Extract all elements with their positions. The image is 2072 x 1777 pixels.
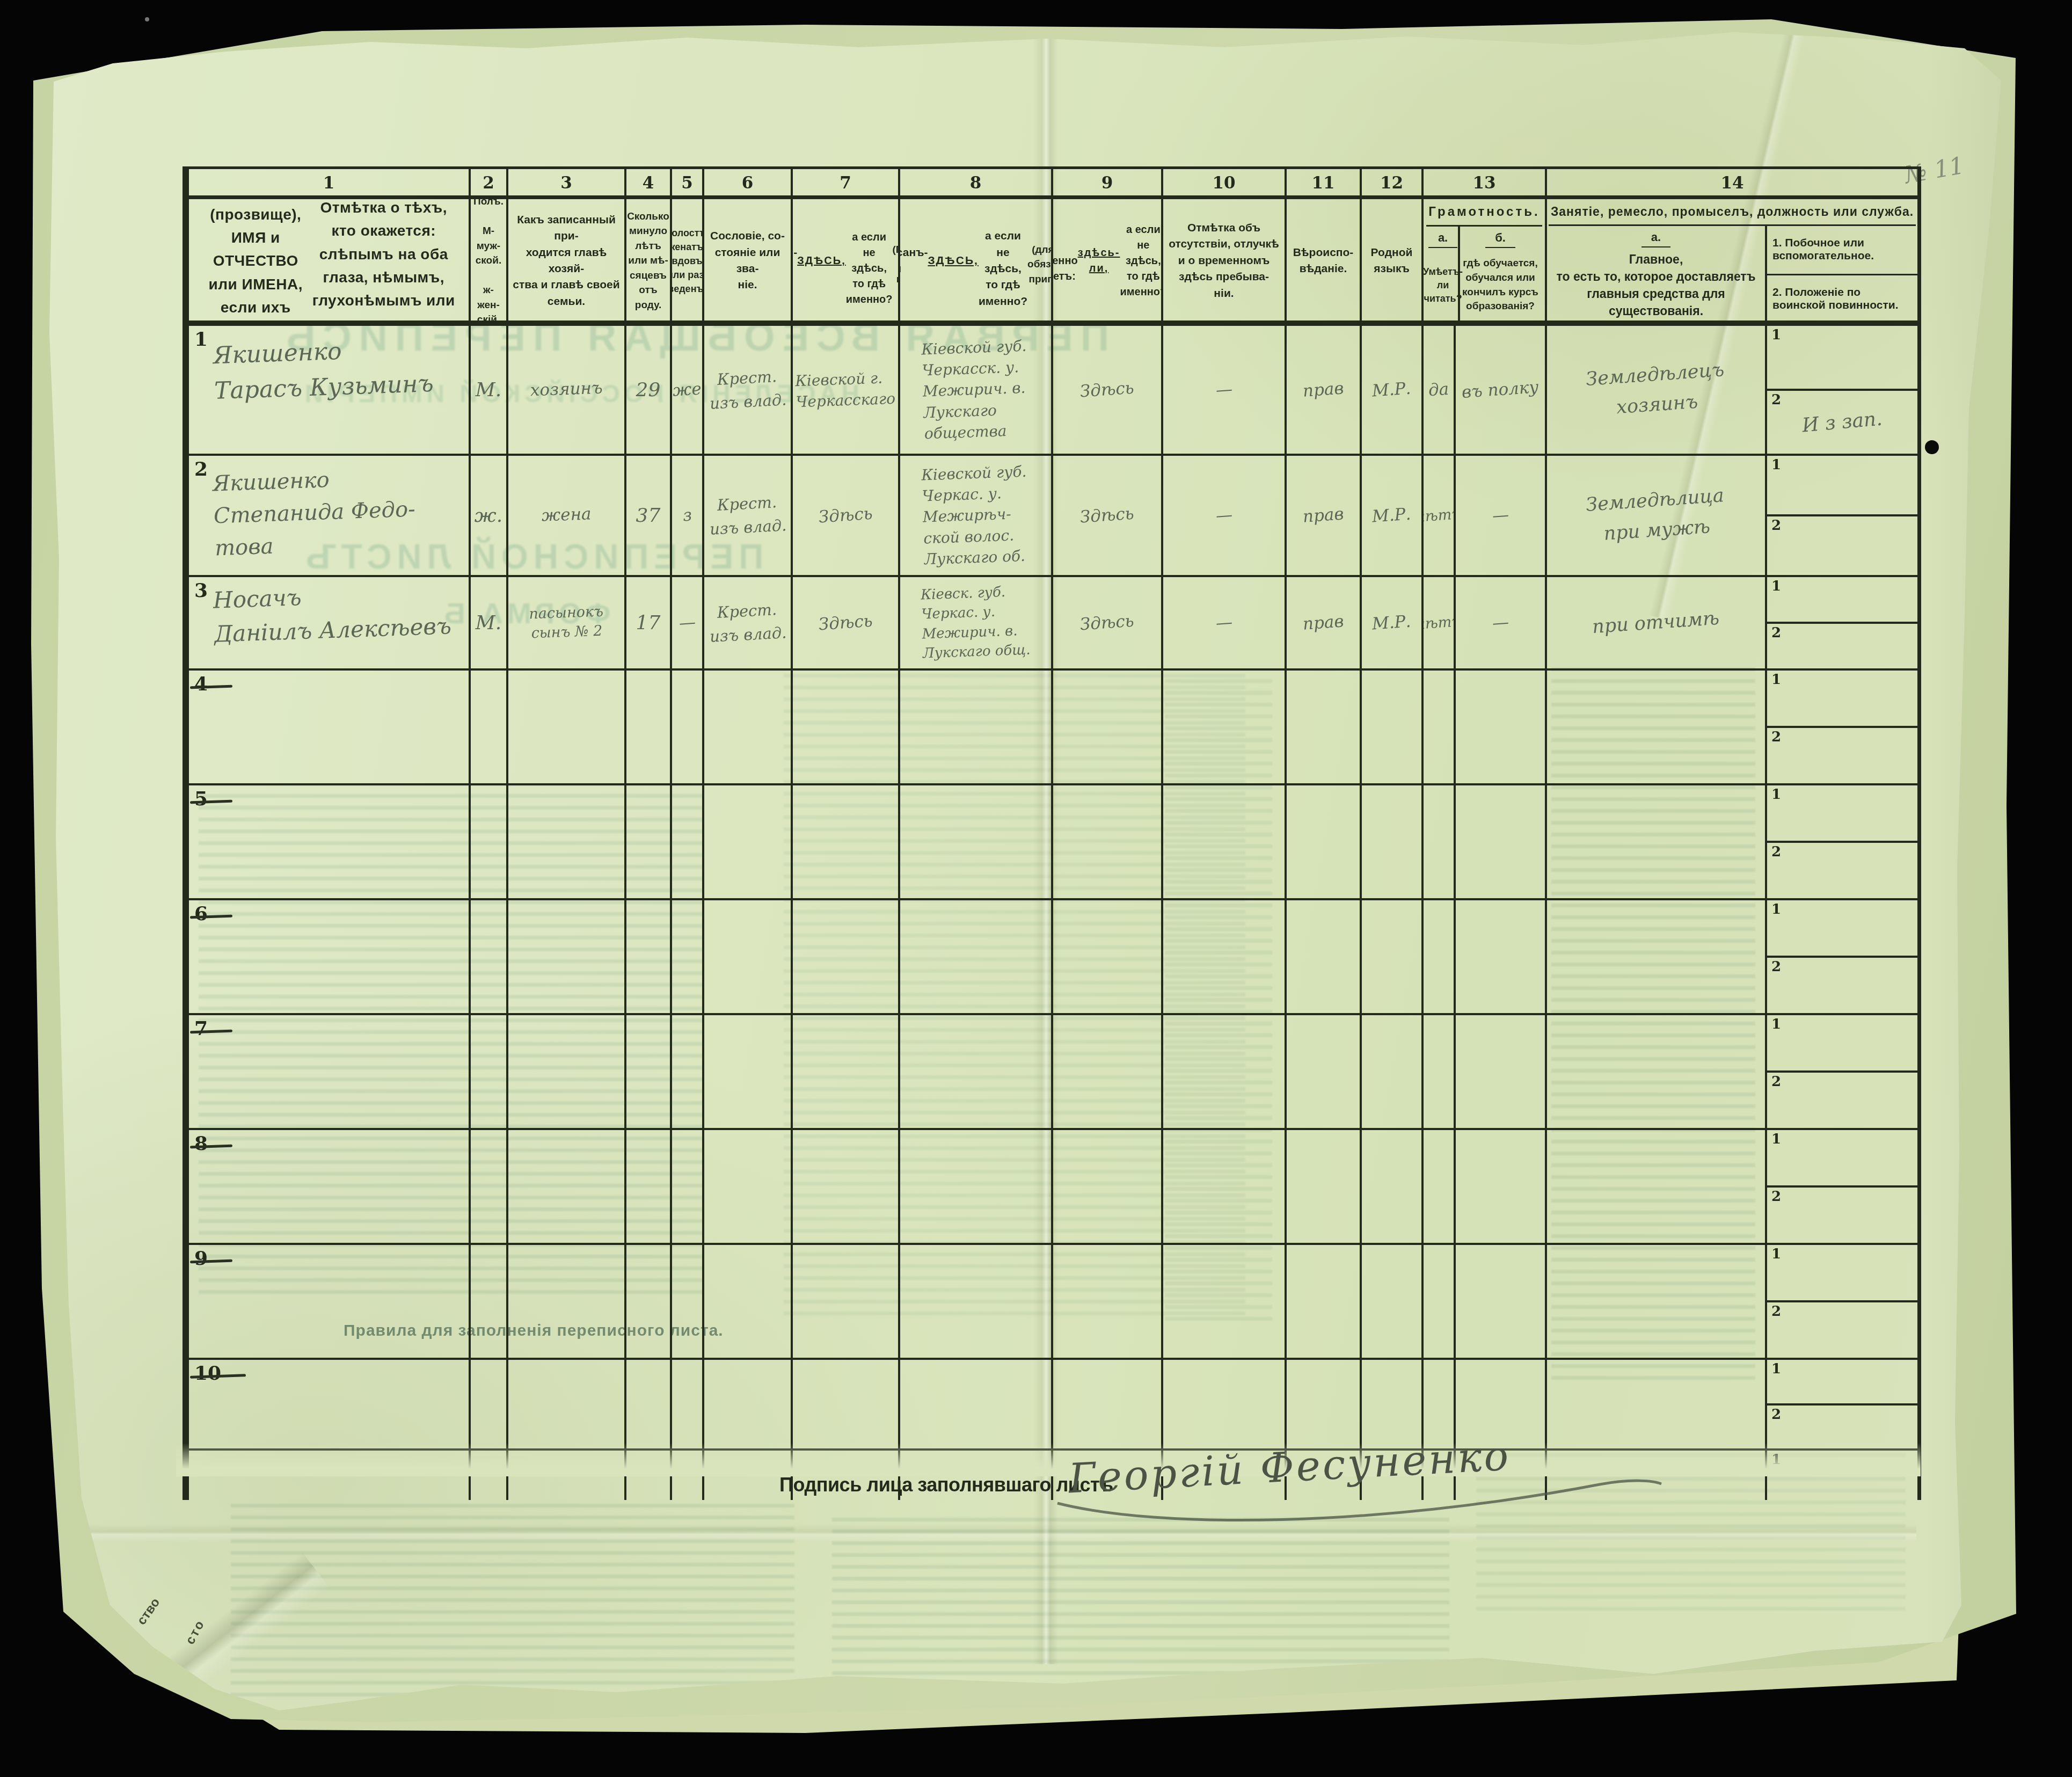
cell: [1547, 1130, 1767, 1243]
cell-name: 3 Носачъ Даніилъ Алексѣевъ: [189, 577, 471, 668]
sub-digit: 2: [1771, 625, 1781, 641]
cell-birthplace: Кіевской г. Черкасскаго: [793, 326, 900, 454]
cell: [900, 1130, 1053, 1243]
handwritten-language: М.Р.: [1371, 379, 1412, 401]
handwritten-birthplace: Здѣсь: [818, 504, 873, 527]
cell-name: 1 Якишенко Тарасъ Кузьминъ: [189, 326, 471, 454]
cell: 12: [1767, 900, 1917, 1013]
handwritten-age: 37: [636, 505, 661, 527]
cell: [471, 1130, 508, 1243]
col-num-9: 9: [1053, 169, 1163, 197]
handwritten-absence: —: [1215, 380, 1232, 400]
column-numbers-row: 1 2 3 4 5 6 7 8 9 10 11 12 13 14: [189, 169, 1917, 199]
sub-digit: 1: [1771, 578, 1781, 594]
cell: [626, 1015, 672, 1128]
cell: [1362, 671, 1424, 783]
side-cell-1: 1: [1767, 900, 1917, 958]
handwritten-language: М.Р.: [1371, 505, 1412, 527]
handwritten-education: —: [1491, 505, 1509, 526]
cell: [793, 1130, 900, 1243]
header-birthplace-rest: а если не здѣсь, то гдѣ именно?: [846, 214, 893, 308]
cell: [672, 1360, 704, 1448]
cell: [1053, 785, 1163, 898]
cell-reads: нѣтъ: [1424, 456, 1456, 575]
side-cell-2: 2И з зап.: [1767, 391, 1917, 454]
cell: [626, 671, 672, 783]
handwritten-occupation: Земледѣлецъ хозяинъ: [1585, 355, 1727, 425]
table-row-empty: 912: [189, 1245, 1917, 1360]
cell: 7: [189, 1015, 471, 1128]
cell: [793, 1015, 900, 1128]
cell: 9: [189, 1245, 471, 1358]
cell: [1362, 1130, 1424, 1243]
cell-sex: М.: [471, 326, 508, 454]
handwritten-age: 17: [636, 612, 661, 634]
cell: [1424, 671, 1456, 783]
cell: [508, 1130, 626, 1243]
handwritten-occupation: Земледѣлица при мужѣ: [1585, 480, 1727, 550]
cell: [704, 785, 793, 898]
col-num-14: 14: [1547, 169, 1917, 197]
handwritten-faith: прав: [1302, 611, 1345, 633]
cell: [704, 1015, 793, 1128]
handwritten-occupation: при отчимѣ: [1592, 603, 1720, 642]
cell: [1053, 671, 1163, 783]
cell: [1287, 1360, 1362, 1448]
cell-sex: ж.: [471, 456, 508, 575]
handwritten-marital: з: [682, 505, 692, 525]
side-cell-1: 1: [1767, 785, 1917, 843]
handwritten-marital: же: [672, 379, 702, 400]
cell: [508, 900, 626, 1013]
side-cell-2: 2: [1767, 728, 1917, 783]
header-occupation-b: 1. Побочное или вспомогательное. 2. Поло…: [1767, 226, 1917, 323]
table-row-empty: 1012: [189, 1360, 1917, 1451]
side-cell-1: 1: [1767, 456, 1917, 516]
cell: [1287, 671, 1362, 783]
cell-relation: хозяинъ: [508, 326, 626, 454]
header-occupation-a-label: а.: [1641, 228, 1670, 247]
row-number-struck: 4: [194, 673, 208, 695]
cell: [1053, 900, 1163, 1013]
cell: [704, 1245, 793, 1358]
row-number: 3: [194, 579, 208, 602]
cell: [1424, 1015, 1456, 1128]
cell-language: М.Р.: [1362, 577, 1424, 668]
cell: [672, 1245, 704, 1358]
cell: 12: [1767, 785, 1917, 898]
handwritten-absence: —: [1215, 505, 1232, 526]
cell-absence: —: [1163, 326, 1287, 454]
header-registered: Приписанъ-ли ЗДѢСЬ, а если не здѣсь, то …: [900, 199, 1053, 323]
cell: [900, 1015, 1053, 1128]
cell-age: 17: [626, 577, 672, 668]
cell: [672, 671, 704, 783]
header-sex: Полъ. М-муж- ской. ж-жен- скій.: [471, 199, 508, 323]
sub-digit: 1: [1771, 1361, 1781, 1377]
side-cell-1: 1: [1767, 1245, 1917, 1302]
header-row: ФАМИЛІЯ, (прозвище), ИМЯ и ОТЧЕСТВО или …: [189, 199, 1917, 326]
cell: 6: [189, 900, 471, 1013]
cell-birthplace: Здѣсь: [793, 456, 900, 575]
cell: 12: [1767, 1245, 1917, 1358]
cell-birthplace: Здѣсь: [793, 577, 900, 668]
cell: 12: [1767, 1130, 1917, 1243]
cell: [672, 1015, 704, 1128]
cell-marital: з: [672, 456, 704, 575]
side-cell-1: 1: [1767, 671, 1917, 728]
cell-occupation: при отчимѣ: [1547, 577, 1767, 668]
table-row-empty: 412: [189, 671, 1917, 785]
cell: [626, 1130, 672, 1243]
cell: [793, 1360, 900, 1448]
cell-absence: —: [1163, 577, 1287, 668]
sub-digit: 2: [1771, 1407, 1781, 1423]
col-num-7: 7: [793, 169, 900, 197]
cell: [626, 785, 672, 898]
side-cell-2: 2: [1767, 1188, 1917, 1243]
header-literacy-b-text: гдѣ обучается, обучался или кончилъ курс…: [1460, 248, 1541, 323]
cell: [1547, 1015, 1767, 1128]
handwritten-relation: пасынокъ сынъ № 2: [528, 602, 604, 644]
sub-digit: 2: [1771, 729, 1781, 745]
handwritten-estate: Крест. изъ влад.: [708, 490, 787, 541]
handwritten-faith: прав: [1302, 504, 1345, 526]
side-cell-2: 2: [1767, 624, 1917, 668]
header-occupation-title: Занятіе, ремесло, промыселъ, должность и…: [1549, 199, 1916, 226]
cell: 8: [189, 1130, 471, 1243]
header-residence: Гдѣ обыкновенно проживаетъ: здѣсь-ли, а …: [1053, 199, 1163, 323]
cell-faith: прав: [1287, 326, 1362, 454]
cell-education: —: [1456, 456, 1547, 575]
handwritten-name: Якишенко Степанида Федо- това: [212, 461, 417, 564]
row-number-struck: 7: [194, 1017, 208, 1040]
side-cell-2: 2: [1767, 958, 1917, 1013]
side-cell-2: 2: [1767, 1405, 1917, 1449]
cell: [508, 1245, 626, 1358]
cell: [1456, 671, 1547, 783]
cell: [672, 900, 704, 1013]
cell-language: М.Р.: [1362, 326, 1424, 454]
cell-registered: Кіевск. губ. Черкас. у. Межирич. в. Лукс…: [900, 577, 1053, 668]
row-number-struck: 10: [194, 1362, 221, 1385]
cell: [1053, 1015, 1163, 1128]
header-literacy-a: а. Умѣетъ- ли читать?: [1428, 227, 1460, 323]
cell-education: въ полку: [1456, 326, 1547, 454]
header-language: Родной языкъ: [1362, 199, 1424, 323]
handwritten-age: 29: [636, 379, 661, 401]
row-number-struck: 5: [194, 788, 208, 810]
header-residence-pre: Гдѣ обыкновенно проживаетъ:: [1053, 238, 1078, 285]
sub-digit: 2: [1771, 1074, 1781, 1090]
handwritten-registered: Кіевск. губ. Черкас. у. Межирич. в. Лукс…: [921, 582, 1031, 664]
header-occupation-group: Занятіе, ремесло, промыселъ, должность и…: [1547, 199, 1917, 323]
header-registered-pre: Приписанъ-ли: [900, 245, 928, 278]
cell: [1287, 1130, 1362, 1243]
handwritten-language: М.Р.: [1371, 612, 1412, 634]
cell: [471, 1015, 508, 1128]
handwritten-relation: жена: [541, 503, 592, 527]
cell: [1287, 1245, 1362, 1358]
side-cell-1: 1: [1767, 1130, 1917, 1188]
cell: [1362, 1245, 1424, 1358]
cell: [1362, 1015, 1424, 1128]
side-cell-1: 1: [1767, 1015, 1917, 1073]
sub-digit: 2: [1771, 518, 1781, 534]
handwritten-name: Носачъ Даніилъ Алексѣевъ: [213, 577, 452, 651]
scanned-census-sheet: ПЕРВАЯ ВСЕОБЩАЯ ПЕРЕПИСЬ НАСЕЛЕНІЯ РОССІ…: [0, 0, 2072, 1736]
cell-occupation: Земледѣлецъ хозяинъ: [1547, 326, 1767, 454]
col-num-4: 4: [626, 169, 672, 197]
col-num-12: 12: [1362, 169, 1424, 197]
cell: [1053, 1130, 1163, 1243]
cell-occupation-side: 1 2: [1767, 456, 1917, 575]
cell: [1547, 785, 1767, 898]
cell: [672, 1130, 704, 1243]
header-faith: Вѣроиспо- вѣданіе.: [1287, 199, 1362, 323]
handwritten-education: въ полку: [1461, 377, 1540, 402]
table-row: 3 Носачъ Даніилъ Алексѣевъ М. пасынокъ с…: [189, 577, 1917, 671]
cell: [1362, 900, 1424, 1013]
cell: [1362, 785, 1424, 898]
cell: 12: [1767, 1360, 1917, 1448]
header-occupation-b1: 1. Побочное или вспомогательное.: [1767, 226, 1917, 275]
row-number: 1: [194, 328, 208, 351]
cell: [1163, 785, 1287, 898]
side-cell-2: 2: [1767, 516, 1917, 575]
cell: [1547, 1245, 1767, 1358]
cell: [508, 671, 626, 783]
side-cell-2: 2: [1767, 843, 1917, 898]
handwritten-faith: прав: [1302, 378, 1345, 400]
col-num-3: 3: [508, 169, 626, 197]
cell-residence: Здѣсь: [1053, 456, 1163, 575]
cell: [793, 671, 900, 783]
cell-estate: Крест. изъ влад.: [704, 326, 793, 454]
cell: [1424, 1245, 1456, 1358]
side-cell-1: 1: [1767, 1360, 1917, 1405]
header-residence-rest: а если не здѣсь, то гдѣ именно?: [1120, 222, 1163, 300]
header-literacy-a-label: а.: [1428, 229, 1457, 248]
header-birthplace: Родился-ли ЗДѢСЬ, а если не здѣсь, то гд…: [793, 199, 900, 323]
cell: [1053, 1245, 1163, 1358]
side-cell-1: 1: [1767, 577, 1917, 624]
cell: [1456, 1130, 1547, 1243]
cell: [508, 1015, 626, 1128]
cell-relation: пасынокъ сынъ № 2: [508, 577, 626, 668]
sub-digit: 2: [1771, 1303, 1781, 1320]
header-marital: Холостъ, женатъ, вдовъ или раз- веденъ.: [672, 199, 704, 323]
paper-sheet: ПЕРВАЯ ВСЕОБЩАЯ ПЕРЕПИСЬ НАСЕЛЕНІЯ РОССІ…: [0, 0, 2072, 1736]
sub-digit: 1: [1771, 901, 1781, 917]
handwritten-side2: И з зап.: [1801, 408, 1884, 437]
cell-sex: М.: [471, 577, 508, 668]
cell: [508, 785, 626, 898]
empty-rows-container: 4125126127128129121012: [189, 671, 1917, 1451]
cell: [626, 1360, 672, 1448]
handwritten-reads: да: [1428, 380, 1450, 400]
cell-residence: Здѣсь: [1053, 326, 1163, 454]
cell-marital: —: [672, 577, 704, 668]
cell-age: 29: [626, 326, 672, 454]
header-literacy-title: Грамотность.: [1426, 199, 1542, 227]
cell: [1424, 900, 1456, 1013]
cell-estate: Крест. изъ влад.: [704, 456, 793, 575]
handwritten-education: —: [1491, 613, 1509, 633]
handwritten-residence: Здѣсь: [1079, 504, 1135, 527]
cell-registered: Кіевской губ. Черкасск. у. Межирич. в. Л…: [900, 326, 1053, 454]
header-occupation-b2: 2. Положеніе по воинской повинности.: [1767, 275, 1917, 323]
sub-digit: 1: [1771, 327, 1781, 343]
header-registered-paren: (для лицъ, обязанныхъ припиской).: [1027, 243, 1053, 287]
col-num-8: 8: [900, 169, 1053, 197]
header-residence-emph: здѣсь-ли,: [1078, 245, 1120, 276]
header-registered-emph: ЗДѢСЬ,: [928, 253, 978, 269]
handwritten-residence: Здѣсь: [1079, 378, 1135, 402]
cell: [704, 900, 793, 1013]
handwritten-absence: —: [1215, 613, 1232, 633]
handwritten-estate: Крест. изъ влад.: [708, 598, 787, 648]
handwritten-sex: М.: [476, 379, 501, 401]
handwritten-registered: Кіевской губ. Черкас. у. Межирѣч- ской в…: [921, 461, 1030, 570]
cell: [672, 785, 704, 898]
cell: [471, 671, 508, 783]
cell: [704, 1360, 793, 1448]
header-birthplace-emph: ЗДѢСЬ,: [797, 253, 846, 269]
sub-digit: 1: [1771, 457, 1781, 473]
header-birthplace-pre: Родился-ли: [793, 245, 797, 276]
row-number-struck: 8: [194, 1132, 208, 1155]
cell: [471, 1360, 508, 1448]
header-name-note: Отмѣтка о тѣхъ, кто окажется: слѣпымъ на…: [311, 199, 457, 323]
cell-residence: Здѣсь: [1053, 577, 1163, 668]
cell-education: —: [1456, 577, 1547, 668]
handwritten-sex: ж.: [475, 505, 502, 527]
cell: 10: [189, 1360, 471, 1448]
cell-marital: же: [672, 326, 704, 454]
cell: [1053, 1360, 1163, 1448]
header-registered-rest: а если не здѣсь, то гдѣ именно?: [979, 212, 1027, 310]
cell-registered: Кіевской губ. Черкас. у. Межирѣч- ской в…: [900, 456, 1053, 575]
col-num-11: 11: [1287, 169, 1362, 197]
cell: 4: [189, 671, 471, 783]
census-table: 1 2 3 4 5 6 7 8 9 10 11 12 13 14 ФАМИЛІЯ…: [183, 166, 1921, 1500]
table-row-empty: 612: [189, 900, 1917, 1015]
row-number-struck: 9: [194, 1247, 208, 1270]
cell: [471, 785, 508, 898]
cell-faith: прав: [1287, 577, 1362, 668]
cell: [1163, 671, 1287, 783]
cell: 12: [1767, 671, 1917, 783]
cell: [1287, 900, 1362, 1013]
sub-digit: 2: [1771, 959, 1781, 975]
cell: [1424, 1130, 1456, 1243]
cell: [1287, 785, 1362, 898]
table-row-empty: 712: [189, 1015, 1917, 1130]
cell: [1547, 671, 1767, 783]
cell-relation: жена: [508, 456, 626, 575]
sub-digit: 1: [1771, 672, 1781, 688]
sub-digit: 1: [1771, 1131, 1781, 1147]
header-absence: Отмѣтка объ отсутствіи, отлучкѣ и о врем…: [1163, 199, 1287, 323]
cell: [626, 900, 672, 1013]
side-cell-2: 2: [1767, 1302, 1917, 1358]
cell: 5: [189, 785, 471, 898]
cell-reads: да: [1424, 326, 1456, 454]
cell: [508, 1360, 626, 1448]
cell: [1163, 1245, 1287, 1358]
header-literacy-b-label: б.: [1485, 229, 1515, 248]
handwritten-reads: нѣтъ: [1424, 613, 1456, 633]
cell: [1456, 1015, 1547, 1128]
cell: [471, 1245, 508, 1358]
side-cell-1: 1: [1767, 326, 1917, 391]
cell: [900, 900, 1053, 1013]
cell: [1163, 900, 1287, 1013]
cell: [1547, 1360, 1767, 1448]
cell: [1456, 1245, 1547, 1358]
cell: [704, 671, 793, 783]
cell: [1163, 1360, 1287, 1448]
header-name-main: ФАМИЛІЯ, (прозвище), ИМЯ и ОТЧЕСТВО или …: [201, 199, 311, 323]
sub-digit: 2: [1771, 1189, 1781, 1205]
cell: [1456, 900, 1547, 1013]
row-number: 2: [194, 458, 208, 480]
handwritten-reads: нѣтъ: [1424, 506, 1456, 526]
cell: [793, 1245, 900, 1358]
header-literacy-group: Грамотность. а. Умѣетъ- ли читать? б. гд…: [1424, 199, 1547, 323]
cell: [704, 1130, 793, 1243]
sub-digit: 2: [1771, 392, 1781, 408]
sub-digit: 1: [1771, 786, 1781, 803]
header-literacy-a-text: Умѣетъ- ли читать?: [1424, 248, 1465, 323]
cell-absence: —: [1163, 456, 1287, 575]
header-occupation-a: а. Главное, то есть то, которое доставля…: [1547, 226, 1767, 323]
handwritten-birthplace: Кіевской г. Черкасскаго: [795, 367, 896, 413]
header-birthplace-paren: (Губернія, уѣздъ, городъ).: [893, 243, 900, 287]
cell: [1163, 1130, 1287, 1243]
col-num-1: 1: [189, 169, 471, 197]
cell-name: 2 Якишенко Степанида Федо- това: [189, 456, 471, 575]
cell-occupation-side: 1 2: [1767, 577, 1917, 668]
cell-occupation-side: 1 2И з зап.: [1767, 326, 1917, 454]
ink-dot: [1925, 440, 1939, 454]
cell: [471, 900, 508, 1013]
header-relation: Какъ записанный при- ходится главѣ хозяй…: [508, 199, 626, 323]
cell-language: М.Р.: [1362, 456, 1424, 575]
cell: [1456, 785, 1547, 898]
cell: [900, 785, 1053, 898]
cell-reads: нѣтъ: [1424, 577, 1456, 668]
handwritten-estate: Крест. изъ влад.: [708, 365, 787, 415]
cell-occupation: Земледѣлица при мужѣ: [1547, 456, 1767, 575]
handwritten-marital: —: [678, 613, 696, 633]
cell: [1424, 785, 1456, 898]
table-row-empty: 512: [189, 785, 1917, 900]
cell: [1163, 1015, 1287, 1128]
cell: [900, 1245, 1053, 1358]
table-row: 1 Якишенко Тарасъ Кузьминъ М. хозяинъ 29…: [189, 326, 1917, 456]
header-age: Сколько минуло лѣтъ или мѣ- сяцевъ отъ р…: [626, 199, 672, 323]
header-literacy-b: б. гдѣ обучается, обучался или кончилъ к…: [1460, 227, 1541, 323]
cell: [900, 1360, 1053, 1448]
cell-age: 37: [626, 456, 672, 575]
cell: 12: [1767, 1015, 1917, 1128]
table-row-empty: 812: [189, 1130, 1917, 1245]
handwritten-residence: Здѣсь: [1079, 611, 1135, 635]
sub-digit: 1: [1771, 1016, 1781, 1032]
header-estate: Сословіе, со- стояніе или зва- ніе.: [704, 199, 793, 323]
